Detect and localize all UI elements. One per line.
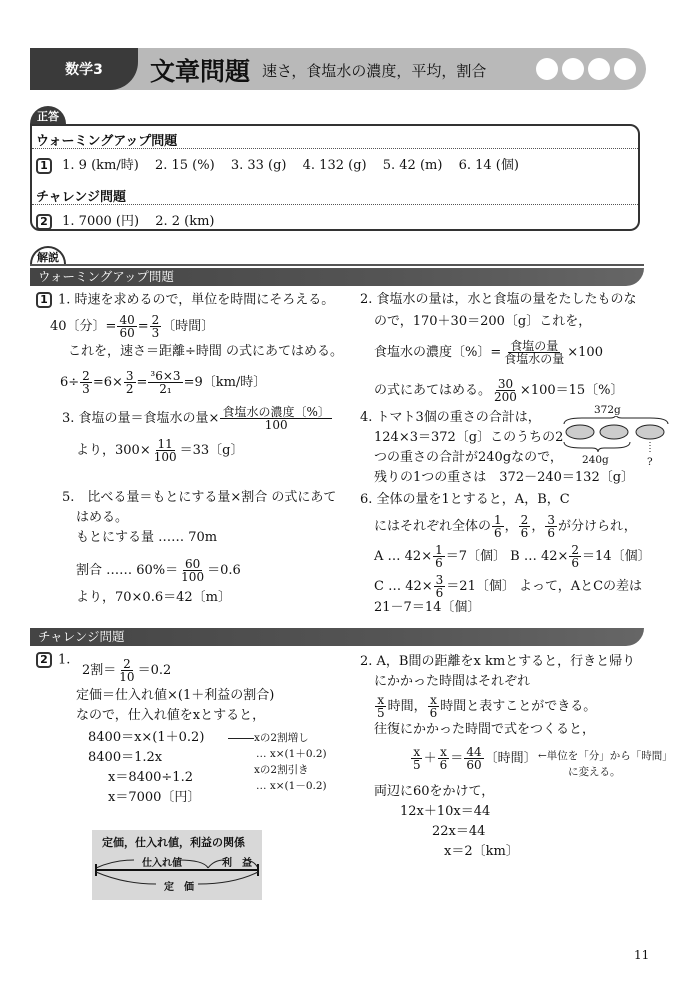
w5-line3: もとにする量 …… 70m: [76, 530, 217, 546]
w4-line4: 残りの1つの重さは 372－240＝132〔g〕: [374, 470, 634, 486]
w3-line2: より，300×11100＝33〔g〕: [76, 438, 244, 463]
subject-tag: 数学3: [30, 48, 138, 90]
w1-line1: 11. 時速を求めるので，単位を時間にそろえる。: [36, 292, 334, 309]
c2-eq: 22x＝44: [432, 824, 485, 840]
decor-dot-icon: [562, 58, 584, 80]
c1-line2: 定価＝仕入れ値×(1＋利益の割合): [76, 688, 274, 704]
c1-note: … x×(1－0.2): [256, 778, 327, 793]
answer-item: 3. 33 (g): [231, 158, 287, 173]
c2-eq: x＝2〔km〕: [444, 844, 519, 860]
tomato-unknown-label: ?: [647, 456, 653, 468]
decor-dot-icon: [614, 58, 636, 80]
c1-note: xの2割引き: [254, 762, 309, 777]
c1-note: xの2割増し: [254, 730, 309, 745]
answer-item: 4. 132 (g): [303, 158, 367, 173]
c2-line3: x5時間，x6時間と表すことができる。: [374, 694, 596, 719]
c1-line1: 2割＝210＝0.2: [82, 658, 171, 683]
w1-line3: これを，速さ＝距離÷時間 の式にあてはめる。: [68, 344, 343, 360]
c2-note: に変える。: [568, 764, 621, 779]
divider: [30, 264, 644, 266]
answers-warmup-heading: ウォーミングアップ問題: [36, 130, 177, 149]
problem-number-badge: 1: [36, 158, 52, 174]
c1-eq: 8400＝1.2x: [88, 750, 162, 766]
explanation-tag: 解説: [30, 246, 66, 266]
relation-profit-label: 利 益: [222, 854, 252, 869]
tomato-figure-icon: [562, 416, 670, 458]
c1-label: 21.: [36, 652, 70, 669]
w2-line3: 食塩水の濃度〔%〕=食塩の量食塩水の量×100: [374, 340, 603, 365]
c2-line2: にかかった時間はそれぞれ: [374, 674, 530, 690]
answers-challenge-row: 2 1. 7000 (円) 2. 2 (km): [36, 210, 226, 230]
w5-line1: 5. 比べる量＝もとにする量×割合 の式にあて: [62, 490, 336, 506]
arrow-left-icon: [228, 738, 254, 739]
page-number: 11: [634, 948, 649, 962]
relation-cost-label: 仕入れ値: [142, 854, 182, 869]
answers-tag: 正答: [30, 106, 66, 126]
c2-line4: 往復にかかった時間で式をつくると，: [374, 722, 595, 738]
w6-line3: A … 42×16＝7〔個〕 B … 42×26＝14〔個〕: [374, 544, 651, 569]
c1-note: … x×(1＋0.2): [256, 746, 327, 761]
c2-note: ←単位を「分」から「時間」: [538, 748, 673, 763]
w6-line2: にはそれぞれ全体の16，26，36が分けられ，: [374, 514, 637, 539]
c2-line1: 2. A，B間の距離をx kmとすると，行きと帰り: [360, 654, 635, 670]
w1-line4: 6÷23=6×32=³6×32₁=9〔km/時〕: [60, 370, 266, 395]
divider: [32, 148, 638, 149]
divider: [32, 204, 638, 205]
answer-item: 6. 14 (個): [459, 158, 519, 173]
w2-line1: 2. 食塩水の量は，水と食塩の量をたしたものな: [360, 292, 637, 308]
c2-eq: 12x＋10x＝44: [400, 804, 490, 820]
w6-line5: 21－7＝14〔個〕: [374, 600, 480, 616]
section-bar-warmup: ウォーミングアップ問題: [30, 268, 644, 286]
w4-line3: つの重さの合計が240gなので，: [374, 450, 563, 466]
c2-line6: 両辺に60をかけて，: [374, 784, 494, 800]
w2-line4: の式にあてはめる。30200×100＝15〔%〕: [374, 378, 624, 403]
answer-item: 1. 9 (km/時): [62, 158, 139, 173]
w4-line1: 4. トマト3個の重さの合計は，: [360, 410, 541, 426]
w5-line2: はめる。: [76, 510, 128, 526]
c2-equation: x5＋x6＝4460〔時間〕: [410, 746, 537, 771]
tomato-pair-label: 240g: [582, 454, 609, 466]
answer-item: 2. 15 (%): [155, 158, 215, 173]
relation-title: 定価，仕入れ値，利益の関係: [102, 834, 245, 850]
w3-line1: 3. 食塩の量＝食塩水の量×食塩水の濃度〔%〕100: [62, 406, 333, 431]
problem-number-badge: 2: [36, 214, 52, 230]
answers-challenge-heading: チャレンジ問題: [36, 186, 126, 205]
answers-warmup-row: 1 1. 9 (km/時) 2. 15 (%) 3. 33 (g) 4. 132…: [36, 154, 531, 174]
problem-number-badge: 1: [36, 292, 52, 308]
tomato-total-label: 372g: [594, 404, 621, 416]
w5-line4: 割合 …… 60%＝60100＝0.6: [76, 558, 241, 583]
answer-item: 1. 7000 (円): [62, 214, 139, 229]
relation-price-label: 定 価: [164, 878, 194, 893]
w4-line2: 124×3＝372〔g〕このうちの2: [374, 430, 563, 446]
c1-eq: x＝7000〔円〕: [108, 790, 200, 806]
decor-dot-icon: [588, 58, 610, 80]
c1-line3: なので，仕入れ値をxとすると，: [76, 708, 265, 724]
problem-number-badge: 2: [36, 652, 52, 668]
w5-line5: より，70×0.6＝42〔m〕: [76, 590, 231, 606]
w6-line4: C … 42×36＝21〔個〕 よって，AとCの差は: [374, 574, 642, 599]
w6-line1: 6. 全体の量を1とすると，A，B，C: [360, 492, 570, 508]
section-bar-challenge: チャレンジ問題: [30, 628, 644, 646]
page-subtitle: 速さ，食塩水の濃度，平均，割合: [262, 60, 486, 81]
w1-line2: 40〔分〕=4060=23〔時間〕: [50, 314, 214, 339]
answer-item: 5. 42 (m): [383, 158, 443, 173]
decor-dot-icon: [536, 58, 558, 80]
c1-eq: x＝8400÷1.2: [108, 770, 193, 786]
c1-eq: 8400＝x×(1＋0.2): [88, 730, 204, 746]
w2-line2: ので，170＋30＝200〔g〕これを，: [374, 314, 591, 330]
answer-item: 2. 2 (km): [155, 214, 214, 229]
page-title: 文章問題: [150, 52, 250, 88]
